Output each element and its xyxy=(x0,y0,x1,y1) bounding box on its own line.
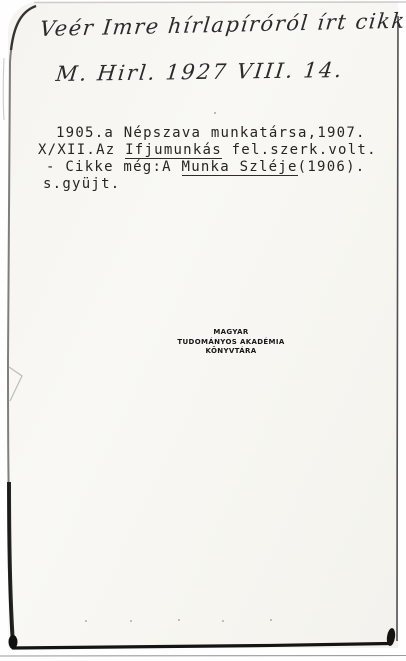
paper-fold-notch xyxy=(9,367,22,401)
typed-line-3-post: (1906). xyxy=(298,159,366,175)
stamp-line-3: KÖNYVTÁRA xyxy=(177,347,284,357)
left-margin-shadow xyxy=(3,58,4,120)
typed-line-4: s.gyüjt. xyxy=(43,176,120,192)
typed-line-2-pre: X/XII.Az xyxy=(38,142,125,158)
card-right-edge xyxy=(397,16,398,641)
paper-speck xyxy=(222,620,224,622)
underlined-periodical-title: Ifjumunkás xyxy=(125,142,222,159)
typed-line-3-pre: - Cikke még:A xyxy=(46,159,182,175)
typed-line-2: X/XII.Az Ifjumunkás fel.szerk.volt. xyxy=(38,142,377,158)
scanned-catalog-card: Veér Imre hírlapíróról írt cikk M. Hirl.… xyxy=(0,0,406,661)
typed-line-2-post: fel.szerk.volt. xyxy=(222,142,377,158)
underlined-periodical-title: Munka Szléje xyxy=(182,159,298,176)
stamp-line-1: MAGYAR xyxy=(177,328,284,338)
typed-line-3: - Cikke még:A Munka Szléje(1906). xyxy=(46,159,365,175)
bottom-left-corner-blob xyxy=(9,635,18,649)
stamp-line-2: TUDOMÁNYOS AKADÉMIA xyxy=(177,338,284,348)
scan-baseline xyxy=(0,656,406,657)
card-corner-accent xyxy=(11,6,36,50)
card-top-edge xyxy=(34,2,406,3)
typed-line-1: 1905.a Népszava munkatársa,1907. xyxy=(56,125,366,141)
paper-speck xyxy=(214,112,216,114)
paper-speck xyxy=(130,620,132,622)
paper-speck xyxy=(178,619,180,621)
library-stamp: MAGYAR TUDOMÁNYOS AKADÉMIA KÖNYVTÁRA xyxy=(177,328,284,357)
paper-speck xyxy=(270,619,272,621)
card-bottom-edge xyxy=(13,644,390,649)
paper-speck xyxy=(85,620,87,622)
card-left-edge-dark xyxy=(9,482,13,644)
handwriting-line-2: M. Hirl. 1927 VIII. 14. xyxy=(55,58,345,86)
card-left-edge xyxy=(8,6,36,641)
